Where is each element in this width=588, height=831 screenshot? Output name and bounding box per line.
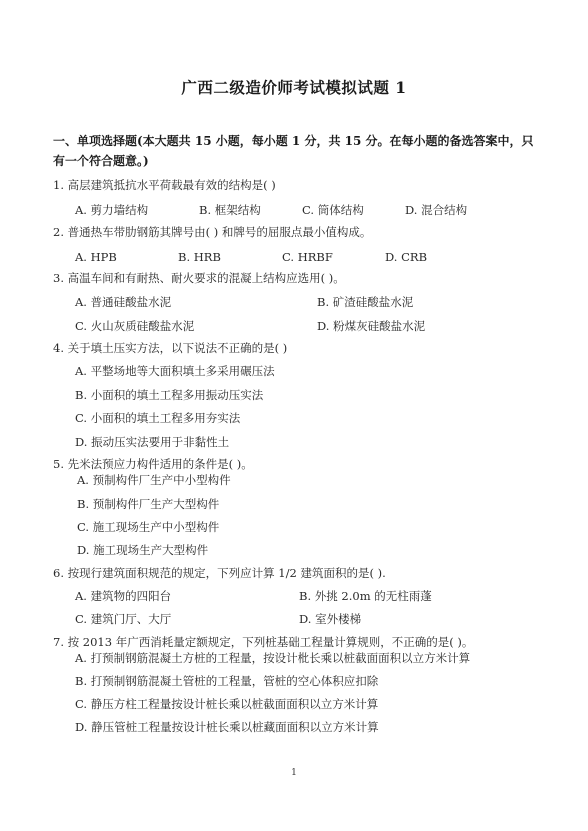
question-1-option-c: C. 筒体结构: [302, 202, 364, 218]
question-1-option-b: B. 框架结构: [199, 202, 261, 218]
question-7-option-c: C. 静压方柱工程量按设计桩长乘以桩截面面积以立方米计算: [75, 696, 378, 712]
question-6-option-c: C. 建筑门厅、大厅: [75, 611, 171, 627]
page-number: 1: [0, 768, 588, 778]
question-4-option-a: A. 平整场地等大面积填土多采用碾压法: [75, 363, 275, 379]
question-3-stem: 3. 高温车间和有耐热、耐火要求的混凝上结构应选用( )。: [53, 270, 345, 286]
question-7-option-a: A. 打预制钢筋混凝土方桩的工程量，按设计枇长乘以桩截面面积以立方米计算: [75, 650, 470, 666]
question-6-option-a: A. 建筑物的四阳台: [75, 588, 171, 604]
question-2-option-d: D. CRB: [385, 249, 427, 265]
question-4-option-d: D. 振动压实法要用于非黏性土: [75, 434, 229, 450]
question-5-option-c: C. 施工现场生产中小型构件: [77, 519, 219, 535]
question-7-option-d: D. 静压管桩工程量按设计桩长乘以桩藏面面积以立方米计算: [75, 719, 379, 735]
question-6-option-d: D. 室外楼梯: [299, 611, 361, 627]
document-page: 广西二级造价师考试模拟试题 1 一、单项选择题(本大题共 15 小题，每小题 1…: [0, 0, 588, 831]
question-4-option-c: C. 小面积的填土工程多用夯实法: [75, 410, 240, 426]
question-3-option-a: A. 普通硅酸盐水泥: [75, 294, 171, 310]
question-3-option-d: D. 粉煤灰硅酸盐水泥: [317, 318, 425, 334]
question-1-stem: 1. 高层建筑抵抗水平荷载最有效的结构是( ): [53, 177, 276, 193]
question-5-option-d: D. 施工现场生产大型构件: [77, 542, 208, 558]
question-5-stem: 5. 先米法预应力构件适用的条件是( )。: [53, 456, 253, 472]
question-6-stem: 6. 按现行建筑面积规范的规定，下列应计算 1/2 建筑面积的是( ).: [53, 565, 386, 581]
question-1-option-a: A. 剪力墙结构: [75, 202, 148, 218]
question-2-option-c: C. HRBF: [282, 249, 333, 265]
question-4-option-b: B. 小面积的填土工程多用振动压实法: [75, 387, 263, 403]
question-7-stem: 7. 按 2013 年广西消耗量定额规定，下列桩基础工程量计算规则，不正确的是(…: [53, 634, 473, 650]
question-2-stem: 2. 普通热车带肋钢筋其牌号由( ) 和牌号的屈服点最小值构成。: [53, 224, 371, 240]
question-1-option-d: D. 混合结构: [405, 202, 467, 218]
question-6-option-b: B. 外挑 2.0m 的无柱雨蓬: [299, 588, 432, 604]
page-title: 广西二级造价师考试模拟试题 1: [0, 76, 588, 98]
question-7-option-b: B. 打预制钢筋混凝土管桩的工程量，管桩的空心体积应扣除: [75, 673, 378, 689]
question-3-option-c: C. 火山灰质硅酸盐水泥: [75, 318, 194, 334]
question-4-stem: 4. 关于填土压实方法，以下说法不正确的是( ): [53, 340, 287, 356]
question-5-option-a: A. 预制构件厂生产中小型构件: [77, 472, 231, 488]
question-2-option-a: A. HPB: [75, 249, 117, 265]
question-3-option-b: B. 矿渣硅酸盐水泥: [317, 294, 413, 310]
question-2-option-b: B. HRB: [178, 249, 221, 265]
question-5-option-b: B. 预制构件厂生产大型构件: [77, 496, 219, 512]
section-heading: 一、单项选择题(本大题共 15 小题，每小题 1 分，共 15 分。在每小题的备…: [53, 131, 543, 171]
